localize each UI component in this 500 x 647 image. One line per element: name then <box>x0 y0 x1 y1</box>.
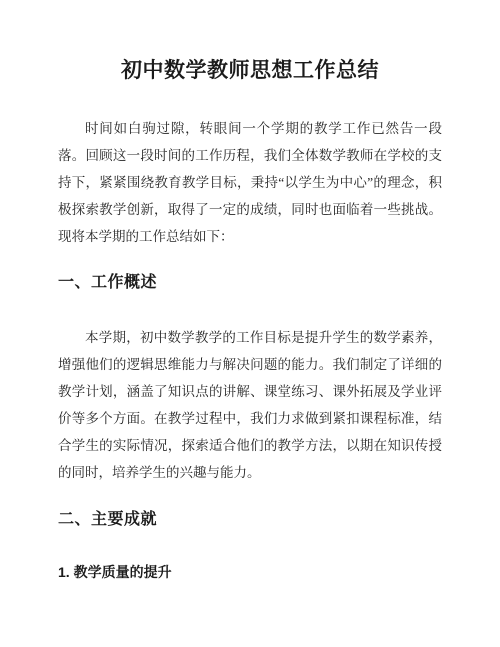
document-title: 初中数学教师思想工作总结 <box>58 56 442 86</box>
section-1-heading: 一、工作概述 <box>58 272 442 294</box>
intro-paragraph: 时间如白驹过隙，转眼间一个学期的教学工作已然告一段落。回顾这一段时间的工作历程，… <box>58 115 442 250</box>
section-1-paragraph: 本学期，初中数学教学的工作目标是提升学生的数学素养，增强他们的逻辑思维能力与解决… <box>58 324 442 486</box>
section-2-subheading-1: 1. 教学质量的提升 <box>58 563 442 581</box>
section-2-heading: 二、主要成就 <box>58 509 442 531</box>
document-page: 初中数学教师思想工作总结 时间如白驹过隙，转眼间一个学期的教学工作已然告一段落。… <box>0 0 500 647</box>
